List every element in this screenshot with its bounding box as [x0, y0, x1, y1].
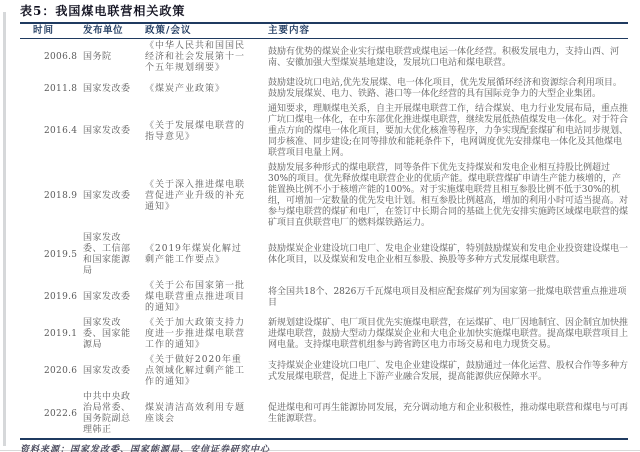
row-policy: 《关于公布国家第一批煤电联营重点推进项目的通知》	[145, 281, 262, 314]
row-time: 2016.4	[20, 126, 83, 137]
table-row: 2020.6 国家发改委 《关于做好2020年重点领域化解过剩产能工作的通知》 …	[20, 353, 628, 390]
row-content: 鼓励建设坑口电站,优先发展煤、电一体化项目，优先发展循环经济和资源综合利用项目。…	[262, 78, 628, 100]
row-time: 2019.1	[20, 329, 83, 340]
column-header-time: 时间	[20, 25, 83, 36]
row-time: 2022.6	[20, 409, 83, 420]
row-content: 促进煤电和可再生能源协同发展，充分调动地方和企业积极性，推动煤电联营和煤电与可再…	[262, 403, 628, 425]
row-content: 通知要求，理顺煤电关系，自主开展煤电联营工作，结合煤炭、电力行业发展布局，重点推…	[262, 104, 628, 159]
table-header-row: 时间 发布单位 政策/会议 主要内容	[20, 24, 628, 39]
row-policy: 《2019年煤炭化解过剩产能工作要点》	[145, 244, 262, 266]
row-org: 国家发改委	[83, 191, 145, 202]
row-time: 2019.6	[20, 292, 83, 303]
row-org: 国家发改委	[83, 126, 145, 137]
row-time: 2006.8	[20, 52, 83, 63]
row-policy: 《煤炭产业政策》	[145, 84, 262, 95]
row-content: 新规划建设煤矿、电厂项目优先实施煤电联营，在运煤矿、电厂因地制宜、因企制宜加快推…	[262, 318, 628, 351]
page-left-border	[3, 12, 6, 446]
row-content: 鼓励有优势的煤炭企业实行煤电联营或煤电运一体化经营。积极发展电力，支持山西、河南…	[262, 47, 628, 69]
row-org: 国家发改委、国家能源局	[83, 318, 145, 351]
row-content: 将全国共18个、2826万千瓦煤电项目及相应配套煤矿列为国家第一批煤电联营重点推…	[262, 287, 628, 309]
row-org: 国家发改委	[83, 366, 145, 377]
column-header-policy: 政策/会议	[145, 25, 262, 36]
table-row: 2022.6 中共中央政治局常委、国务院副总理韩正 煤炭清洁高效利用专题座谈会 …	[20, 390, 628, 438]
row-time: 2020.6	[20, 366, 83, 377]
row-time: 2018.9	[20, 191, 83, 202]
row-content: 鼓励发展多种形式的煤电联营，同等条件下优先支持煤炭和发电企业相互持股比例超过30…	[262, 163, 628, 229]
row-policy: 《关于做好2020年重点领域化解过剩产能工作的通知》	[145, 355, 262, 388]
row-org: 国家发改委	[83, 84, 145, 95]
row-org: 国家发改委	[83, 292, 145, 303]
row-time: 2011.8	[20, 84, 83, 95]
row-policy: 《关于加大政策支持力度进一步推进煤电联营工作的通知》	[145, 318, 262, 351]
row-org: 中共中央政治局常委、国务院副总理韩正	[83, 392, 145, 436]
table-title: 表5：我国煤电联营相关政策	[20, 3, 628, 19]
row-policy: 煤炭清洁高效利用专题座谈会	[145, 403, 262, 425]
row-policy: 《关于发展煤电联营的指导意见》	[145, 121, 262, 143]
row-org: 国家发改委、工信部和国家能源局	[83, 233, 145, 277]
table-row: 2006.8 国务院 《中华人民共和国国民经济和社会发展第十一个五年规划纲要》 …	[20, 39, 628, 76]
row-org: 国务院	[83, 52, 145, 63]
row-policy: 《中华人民共和国国民经济和社会发展第十一个五年规划纲要》	[145, 41, 262, 74]
row-content: 支持煤炭企业建设坑口电厂、发电企业建设煤矿，鼓励通过一体化运营、股权合作等多种方…	[262, 361, 628, 383]
table-row: 2019.1 国家发改委、国家能源局 《关于加大政策支持力度进一步推进煤电联营工…	[20, 316, 628, 353]
report-table-section: 表5：我国煤电联营相关政策 时间 发布单位 政策/会议 主要内容 2006.8 …	[20, 3, 628, 452]
table-row: 2011.8 国家发改委 《煤炭产业政策》 鼓励建设坑口电站,优先发展煤、电一体…	[20, 76, 628, 102]
row-policy: 《关于深入推进煤电联营促进产业升级的补充通知》	[145, 180, 262, 213]
column-header-org: 发布单位	[83, 25, 145, 36]
table-row: 2016.4 国家发改委 《关于发展煤电联营的指导意见》 通知要求，理顺煤电关系…	[20, 102, 628, 161]
row-time: 2019.5	[20, 250, 83, 261]
table-row: 2018.9 国家发改委 《关于深入推进煤电联营促进产业升级的补充通知》 鼓励发…	[20, 161, 628, 231]
row-content: 鼓励煤炭企业建设坑口电厂、发电企业建设煤矿，特别鼓励煤炭和发电企业投资建设煤电一…	[262, 244, 628, 266]
policy-table: 时间 发布单位 政策/会议 主要内容 2006.8 国务院 《中华人民共和国国民…	[20, 22, 628, 440]
source-note: 资料来源：国家发改委、国家能源局、安信证券研究中心	[20, 445, 628, 452]
column-header-content: 主要内容	[262, 25, 628, 36]
table-body: 2006.8 国务院 《中华人民共和国国民经济和社会发展第十一个五年规划纲要》 …	[20, 39, 628, 440]
table-row: 2019.6 国家发改委 《关于公布国家第一批煤电联营重点推进项目的通知》 将全…	[20, 279, 628, 316]
table-row: 2019.5 国家发改委、工信部和国家能源局 《2019年煤炭化解过剩产能工作要…	[20, 231, 628, 279]
